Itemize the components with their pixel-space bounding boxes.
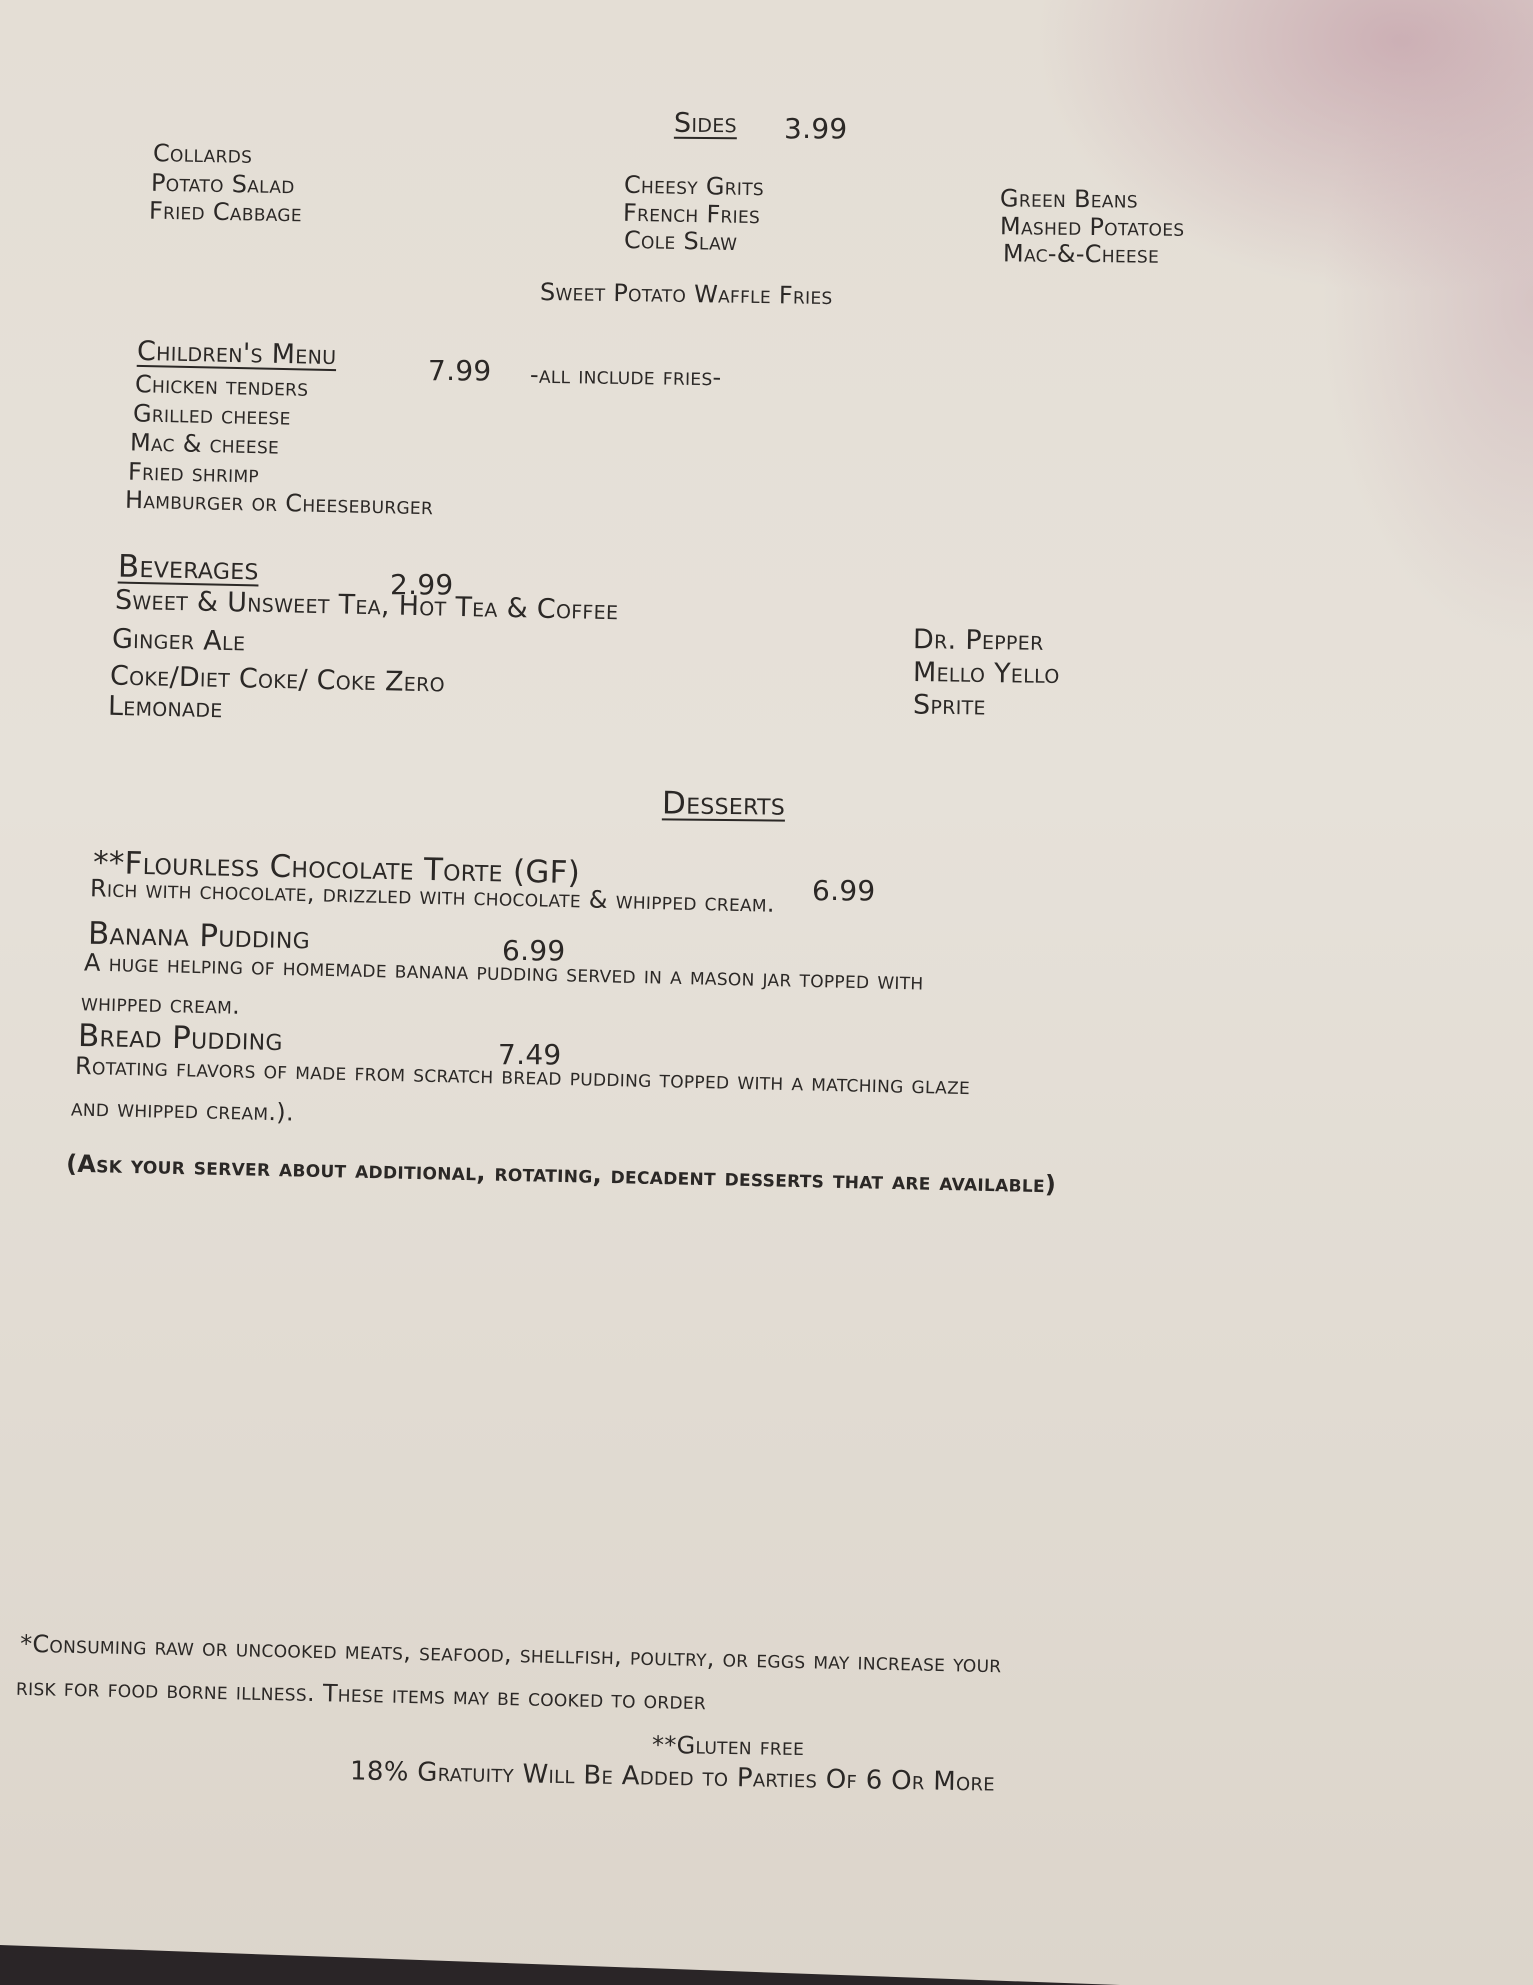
childrens-item: Fried shrimp	[128, 458, 260, 489]
side-item: Collards	[153, 139, 253, 169]
childrens-menu-heading: Children's Menu	[137, 336, 337, 371]
sides-heading: Sides	[674, 108, 737, 140]
beverage-item: Dr. Pepper	[913, 624, 1044, 657]
side-item: Mac-&-Cheese	[1003, 239, 1159, 268]
raw-food-disclaimer: *Consuming raw or uncooked meats, seafoo…	[20, 1630, 1002, 1679]
childrens-item: Grilled cheese	[133, 399, 291, 430]
childrens-menu-price: 7.99	[428, 354, 492, 387]
side-item: French Fries	[623, 199, 761, 229]
beverage-item: Mello Yello	[913, 657, 1060, 690]
side-item: Mashed Potatoes	[1000, 212, 1185, 242]
beverage-item: Ginger Ale	[112, 624, 246, 658]
side-item: Potato Salad	[151, 169, 295, 200]
side-item: Cole Slaw	[624, 226, 738, 256]
sides-price: 3.99	[784, 112, 848, 145]
gratuity-note: 18% Gratuity Will Be Added to Parties Of…	[350, 1756, 995, 1797]
dessert-description: whipped cream.	[81, 988, 241, 1020]
dessert-description: and whipped cream.).	[71, 1093, 295, 1126]
beverage-item: Lemonade	[108, 691, 223, 724]
childrens-item: Hamburger or Cheeseburger	[125, 486, 434, 520]
childrens-item: Mac & cheese	[130, 428, 280, 459]
menu-page: Sides 3.99 Collards Potato Salad Fried C…	[0, 0, 1533, 1985]
side-item: Cheesy Grits	[624, 171, 764, 201]
side-item: Sweet Potato Waffle Fries	[540, 278, 833, 310]
childrens-item: Chicken tenders	[135, 370, 309, 402]
gluten-free-note: **Gluten free	[652, 1731, 804, 1761]
beverages-heading: Beverages	[118, 549, 260, 588]
dessert-price: 6.99	[812, 874, 876, 907]
beverage-item: Sweet & Unsweet Tea, Hot Tea & Coffee	[115, 585, 619, 627]
raw-food-disclaimer: risk for food borne illness. These items…	[16, 1673, 707, 1715]
side-item: Green Beans	[1000, 184, 1138, 213]
childrens-menu-note: -all include fries-	[530, 361, 722, 392]
side-item: Fried Cabbage	[149, 197, 302, 228]
desserts-note: (Ask your server about additional, rotat…	[66, 1150, 1057, 1199]
beverage-item: Sprite	[913, 689, 986, 721]
desserts-heading: Desserts	[662, 785, 785, 822]
